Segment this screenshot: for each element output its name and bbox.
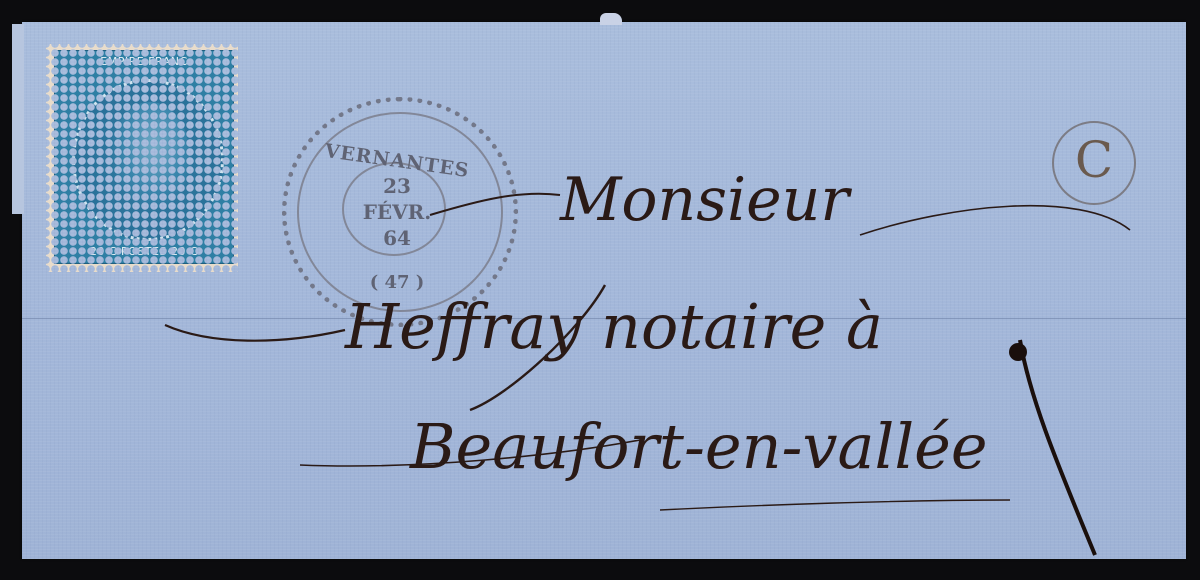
address-line-town: Beaufort-en-vallée bbox=[410, 410, 988, 483]
address-line-name: Heffray notaire à bbox=[345, 290, 883, 363]
address-line-salutation: Monsieur bbox=[560, 165, 849, 235]
